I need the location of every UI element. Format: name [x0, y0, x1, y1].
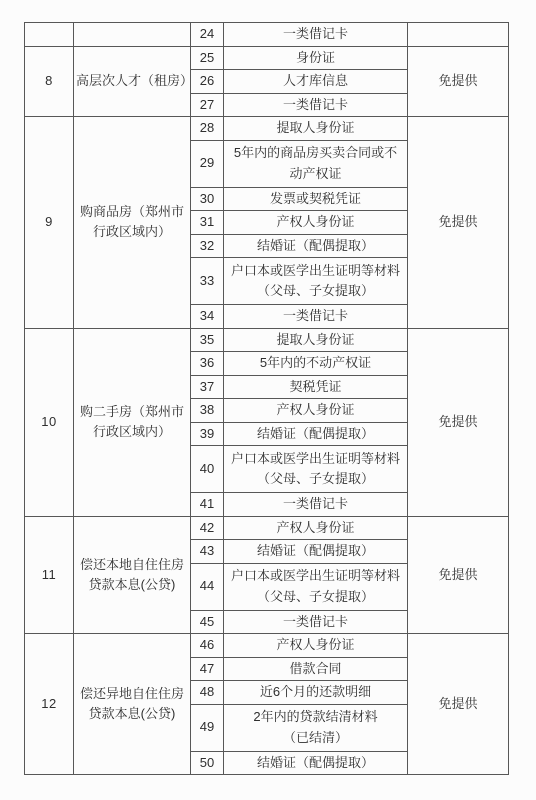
- table-row: 10购二手房（郑州市 行政区域内）35提取人身份证免提供: [25, 328, 509, 352]
- materials-table: 24一类借记卡8高层次人才（租房）25身份证免提供26人才库信息27一类借记卡9…: [24, 22, 509, 775]
- item-no-cell: 31: [191, 211, 224, 235]
- material-name-cell: 结婚证（配偶提取）: [224, 540, 408, 564]
- section-seq-cell: 8: [25, 46, 74, 117]
- material-name-cell: 一类借记卡: [224, 493, 408, 517]
- material-name-cell: 5年内的不动产权证: [224, 352, 408, 376]
- material-name-cell: 契税凭证: [224, 375, 408, 399]
- material-name-cell: 产权人身份证: [224, 399, 408, 423]
- item-no-cell: 30: [191, 187, 224, 211]
- item-no-cell: 46: [191, 634, 224, 658]
- material-name-cell: 近6个月的还款明细: [224, 681, 408, 705]
- table-row: 9购商品房（郑州市 行政区域内）28提取人身份证免提供: [25, 117, 509, 141]
- material-name-cell: 产权人身份证: [224, 634, 408, 658]
- material-name-cell: 结婚证（配偶提取）: [224, 422, 408, 446]
- section-category-cell: 高层次人才（租房）: [74, 46, 191, 117]
- item-no-cell: 47: [191, 657, 224, 681]
- section-seq-cell: 10: [25, 328, 74, 516]
- item-no-cell: 25: [191, 46, 224, 70]
- item-no-cell: 32: [191, 234, 224, 258]
- material-name-cell: 5年内的商品房买卖合同或不 动产权证: [224, 140, 408, 187]
- material-name-cell: 结婚证（配偶提取）: [224, 234, 408, 258]
- item-no-cell: 48: [191, 681, 224, 705]
- material-name-cell: 户口本或医学出生证明等材料 （父母、子女提取）: [224, 446, 408, 493]
- section-category-cell: [74, 23, 191, 47]
- item-no-cell: 33: [191, 258, 224, 305]
- item-no-cell: 27: [191, 93, 224, 117]
- material-name-cell: 提取人身份证: [224, 117, 408, 141]
- status-cell: 免提供: [408, 516, 509, 634]
- material-name-cell: 一类借记卡: [224, 93, 408, 117]
- item-no-cell: 40: [191, 446, 224, 493]
- material-name-cell: 借款合同: [224, 657, 408, 681]
- section-seq-cell: [25, 23, 74, 47]
- section-seq-cell: 12: [25, 634, 74, 775]
- item-no-cell: 26: [191, 70, 224, 94]
- status-cell: 免提供: [408, 634, 509, 775]
- section-seq-cell: 11: [25, 516, 74, 634]
- material-name-cell: 身份证: [224, 46, 408, 70]
- material-name-cell: 2年内的贷款结清材料 （已结清）: [224, 704, 408, 751]
- section-category-cell: 购二手房（郑州市 行政区域内）: [74, 328, 191, 516]
- status-cell: [408, 23, 509, 47]
- item-no-cell: 36: [191, 352, 224, 376]
- material-name-cell: 户口本或医学出生证明等材料 （父母、子女提取）: [224, 563, 408, 610]
- material-name-cell: 产权人身份证: [224, 516, 408, 540]
- item-no-cell: 39: [191, 422, 224, 446]
- item-no-cell: 29: [191, 140, 224, 187]
- item-no-cell: 37: [191, 375, 224, 399]
- material-name-cell: 一类借记卡: [224, 23, 408, 47]
- item-no-cell: 44: [191, 563, 224, 610]
- material-name-cell: 提取人身份证: [224, 328, 408, 352]
- item-no-cell: 41: [191, 493, 224, 517]
- section-category-cell: 购商品房（郑州市 行政区域内）: [74, 117, 191, 329]
- material-name-cell: 结婚证（配偶提取）: [224, 751, 408, 775]
- item-no-cell: 43: [191, 540, 224, 564]
- table-row: 8高层次人才（租房）25身份证免提供: [25, 46, 509, 70]
- material-name-cell: 一类借记卡: [224, 610, 408, 634]
- item-no-cell: 28: [191, 117, 224, 141]
- item-no-cell: 45: [191, 610, 224, 634]
- item-no-cell: 24: [191, 23, 224, 47]
- materials-table-body: 24一类借记卡8高层次人才（租房）25身份证免提供26人才库信息27一类借记卡9…: [25, 23, 509, 775]
- status-cell: 免提供: [408, 328, 509, 516]
- table-row: 11偿还本地自住住房 贷款本息(公贷)42产权人身份证免提供: [25, 516, 509, 540]
- document-page: 24一类借记卡8高层次人才（租房）25身份证免提供26人才库信息27一类借记卡9…: [0, 0, 536, 800]
- item-no-cell: 34: [191, 305, 224, 329]
- material-name-cell: 产权人身份证: [224, 211, 408, 235]
- material-name-cell: 人才库信息: [224, 70, 408, 94]
- section-category-cell: 偿还异地自住住房 贷款本息(公贷): [74, 634, 191, 775]
- item-no-cell: 42: [191, 516, 224, 540]
- material-name-cell: 户口本或医学出生证明等材料 （父母、子女提取）: [224, 258, 408, 305]
- item-no-cell: 50: [191, 751, 224, 775]
- item-no-cell: 35: [191, 328, 224, 352]
- table-row: 24一类借记卡: [25, 23, 509, 47]
- item-no-cell: 49: [191, 704, 224, 751]
- section-seq-cell: 9: [25, 117, 74, 329]
- material-name-cell: 发票或契税凭证: [224, 187, 408, 211]
- status-cell: 免提供: [408, 46, 509, 117]
- section-category-cell: 偿还本地自住住房 贷款本息(公贷): [74, 516, 191, 634]
- status-cell: 免提供: [408, 117, 509, 329]
- table-row: 12偿还异地自住住房 贷款本息(公贷)46产权人身份证免提供: [25, 634, 509, 658]
- item-no-cell: 38: [191, 399, 224, 423]
- material-name-cell: 一类借记卡: [224, 305, 408, 329]
